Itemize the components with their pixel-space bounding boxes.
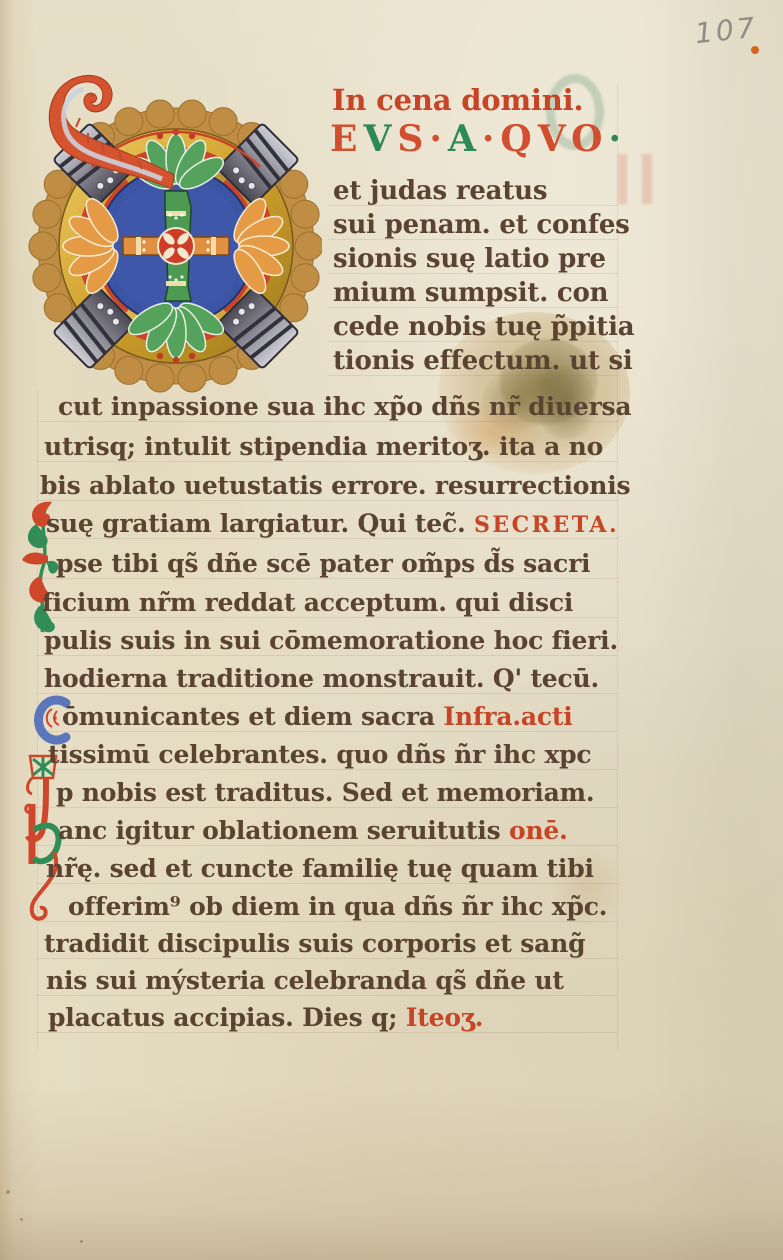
text-line: offerim⁹ ob diem in qua dñs ñr ihc xp̃c. xyxy=(68,894,607,919)
text-line: hodierna traditione monstrauit. Q' tecū. xyxy=(44,666,599,691)
text-run: V xyxy=(538,118,571,160)
text-line: cede nobis tuę p̃pitia xyxy=(333,314,634,340)
ruling-line xyxy=(328,273,618,274)
ruling-line xyxy=(36,883,618,884)
text-line: nr̃ę. sed et cuncte familię tuę quam tib… xyxy=(46,856,594,881)
ruling-line xyxy=(36,500,618,501)
ruling-line xyxy=(36,921,618,922)
text-line: cut inpassione sua ihc xp̃o dñs nr̃ diue… xyxy=(58,394,631,419)
text-line: sui penam. et confes xyxy=(333,212,630,238)
ruling-line xyxy=(36,461,618,462)
text-run: Q xyxy=(500,118,537,160)
ruling-line xyxy=(328,205,618,206)
text-run: Iteoʒ. xyxy=(406,1003,484,1032)
text-run: O xyxy=(571,118,608,160)
text-run: nis sui mýsteria celebranda qs̃ dñe ut xyxy=(46,966,564,995)
text-line: placatus accipias. Dies q; Iteoʒ. xyxy=(48,1005,483,1030)
text-run: sionis suę latio pre xyxy=(333,244,606,274)
text-run: bis ablato uetustatis errore. resurrecti… xyxy=(40,471,630,500)
text-run: pse tibi qs̃ dñe scē pater om̃ps d̃s sac… xyxy=(56,549,590,578)
ruling-vertical-left xyxy=(37,390,38,1050)
text-run: anc igitur oblationem seruitutis xyxy=(58,816,509,845)
manuscript-page: 107 xyxy=(0,0,783,1260)
text-run: offerim⁹ ob diem in qua dñs ñr ihc xp̃c. xyxy=(68,892,607,921)
text-line: nis sui mýsteria celebranda qs̃ dñe ut xyxy=(46,968,564,993)
ruling-line xyxy=(328,375,618,376)
text-run: V xyxy=(363,118,397,160)
ruling-line xyxy=(36,655,618,656)
text-run: In cena domini. xyxy=(332,83,583,117)
ruling-line xyxy=(36,845,618,846)
text-run: utrisq; intulit stipendia meritoʒ. ita a… xyxy=(44,432,603,461)
text-run: E xyxy=(330,118,363,160)
text-line: utrisq; intulit stipendia meritoʒ. ita a… xyxy=(44,434,603,459)
text-run: ficium nr̃m reddat acceptum. qui disci xyxy=(42,588,573,617)
text-run: S xyxy=(397,118,429,160)
text-run: cede nobis tuę p̃pitia xyxy=(333,312,634,342)
text-run: cut inpassione sua ihc xp̃o dñs nr̃ diue… xyxy=(58,392,631,421)
text-run: hodierna traditione monstrauit. Q' tecū. xyxy=(44,664,599,693)
text-line: In cena domini. xyxy=(332,86,583,115)
ruling-line xyxy=(328,239,618,240)
text-line: tradidit discipulis suis corporis et san… xyxy=(44,931,585,956)
text-run: et judas reatus xyxy=(333,176,547,206)
ruling-line xyxy=(36,1032,618,1033)
ruling-line xyxy=(36,578,618,579)
ruling-line xyxy=(36,958,618,959)
text-run: ōmunicantes et diem sacra xyxy=(62,702,443,731)
text-line: suę gratiam largiatur. Qui tec̃. SECRETA… xyxy=(46,511,619,536)
text-line: anc igitur oblationem seruitutis onē. xyxy=(58,818,568,843)
text-line: ficium nr̃m reddat acceptum. qui disci xyxy=(42,590,573,615)
ruling-line xyxy=(36,769,618,770)
text-run: onē. xyxy=(509,816,568,845)
text-run: tradidit discipulis suis corporis et san… xyxy=(44,929,585,958)
text-line: p nobis est traditus. Sed et memoriam. xyxy=(56,780,594,805)
text-run: placatus accipias. Dies q; xyxy=(48,1003,406,1032)
text-run: pulis suis in sui cōmemoratione hoc fier… xyxy=(44,626,618,655)
text-run: nr̃ę. sed et cuncte familię tuę quam tib… xyxy=(46,854,594,883)
text-run: SECRETA. xyxy=(474,512,619,538)
text-run: Infra.acti xyxy=(443,702,572,731)
ruling-line xyxy=(36,995,618,996)
text-line: sionis suę latio pre xyxy=(333,246,606,272)
ruling-vertical-right xyxy=(617,84,618,1050)
text-line: et judas reatus xyxy=(333,178,547,204)
text-line: mium sumpsit. con xyxy=(333,280,608,306)
text-run: mium sumpsit. con xyxy=(333,278,608,308)
text-line: EVS·A·QVO· xyxy=(330,121,627,157)
text-run: p nobis est traditus. Sed et memoriam. xyxy=(56,778,594,807)
text-run: suę gratiam largiatur. Qui tec̃. xyxy=(46,509,474,538)
text-line: tissimū celebrantes. quo dñs ñr ihc xpc xyxy=(48,742,591,767)
text-run: tionis effectum. ut si xyxy=(333,346,633,376)
text-run: sui penam. et confes xyxy=(333,210,630,240)
ruling-line xyxy=(36,617,618,618)
text-line: ōmunicantes et diem sacra Infra.acti xyxy=(62,704,573,729)
text-run: · xyxy=(429,118,448,160)
text-run: tissimū celebrantes. quo dñs ñr ihc xpc xyxy=(48,740,591,769)
ruling-line xyxy=(36,731,618,732)
ruling-line xyxy=(36,807,618,808)
text-block: In cena domini.EVS·A·QVO·et judas reatus… xyxy=(0,0,783,1260)
text-line: pulis suis in sui cōmemoratione hoc fier… xyxy=(44,628,618,653)
text-run: A xyxy=(448,118,482,160)
ruling-line xyxy=(36,693,618,694)
ruling-line xyxy=(328,307,618,308)
text-run: · xyxy=(482,118,501,160)
text-line: pse tibi qs̃ dñe scē pater om̃ps d̃s sac… xyxy=(56,551,590,576)
ruling-line xyxy=(328,341,618,342)
ruling-line xyxy=(36,421,618,422)
ruling-line xyxy=(36,538,618,539)
text-line: tionis effectum. ut si xyxy=(333,348,633,374)
text-line: bis ablato uetustatis errore. resurrecti… xyxy=(40,473,630,498)
